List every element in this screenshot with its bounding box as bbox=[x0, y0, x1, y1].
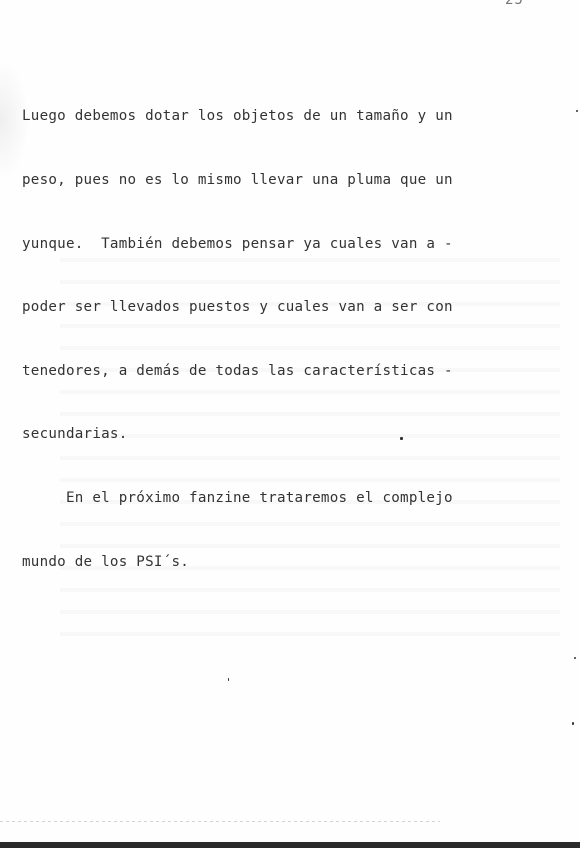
page-number: 25 bbox=[505, 0, 524, 8]
text-line: poder ser llevados puestos y cuales van … bbox=[22, 297, 562, 318]
ink-speck bbox=[576, 110, 578, 112]
text-line: En el próximo fanzine trataremos el comp… bbox=[22, 488, 562, 509]
text-line: mundo de los PSI´s. bbox=[22, 552, 562, 573]
scan-artifact-line bbox=[0, 821, 440, 822]
ink-speck bbox=[572, 722, 574, 725]
text-line: secundarias. bbox=[22, 424, 562, 445]
ink-speck bbox=[400, 437, 403, 440]
text-line: Luego debemos dotar los objetos de un ta… bbox=[22, 106, 562, 127]
ink-speck bbox=[228, 678, 229, 681]
text-line: peso, pues no es lo mismo llevar una plu… bbox=[22, 170, 562, 191]
scan-bottom-edge bbox=[0, 842, 580, 848]
text-line: yunque. También debemos pensar ya cuales… bbox=[22, 234, 562, 255]
document-page: 25 Luego debemos dotar los objetos de un… bbox=[0, 0, 580, 848]
body-text: Luego debemos dotar los objetos de un ta… bbox=[22, 64, 562, 615]
text-line: tenedores, a demás de todas las caracter… bbox=[22, 361, 562, 382]
ink-speck bbox=[574, 657, 576, 659]
